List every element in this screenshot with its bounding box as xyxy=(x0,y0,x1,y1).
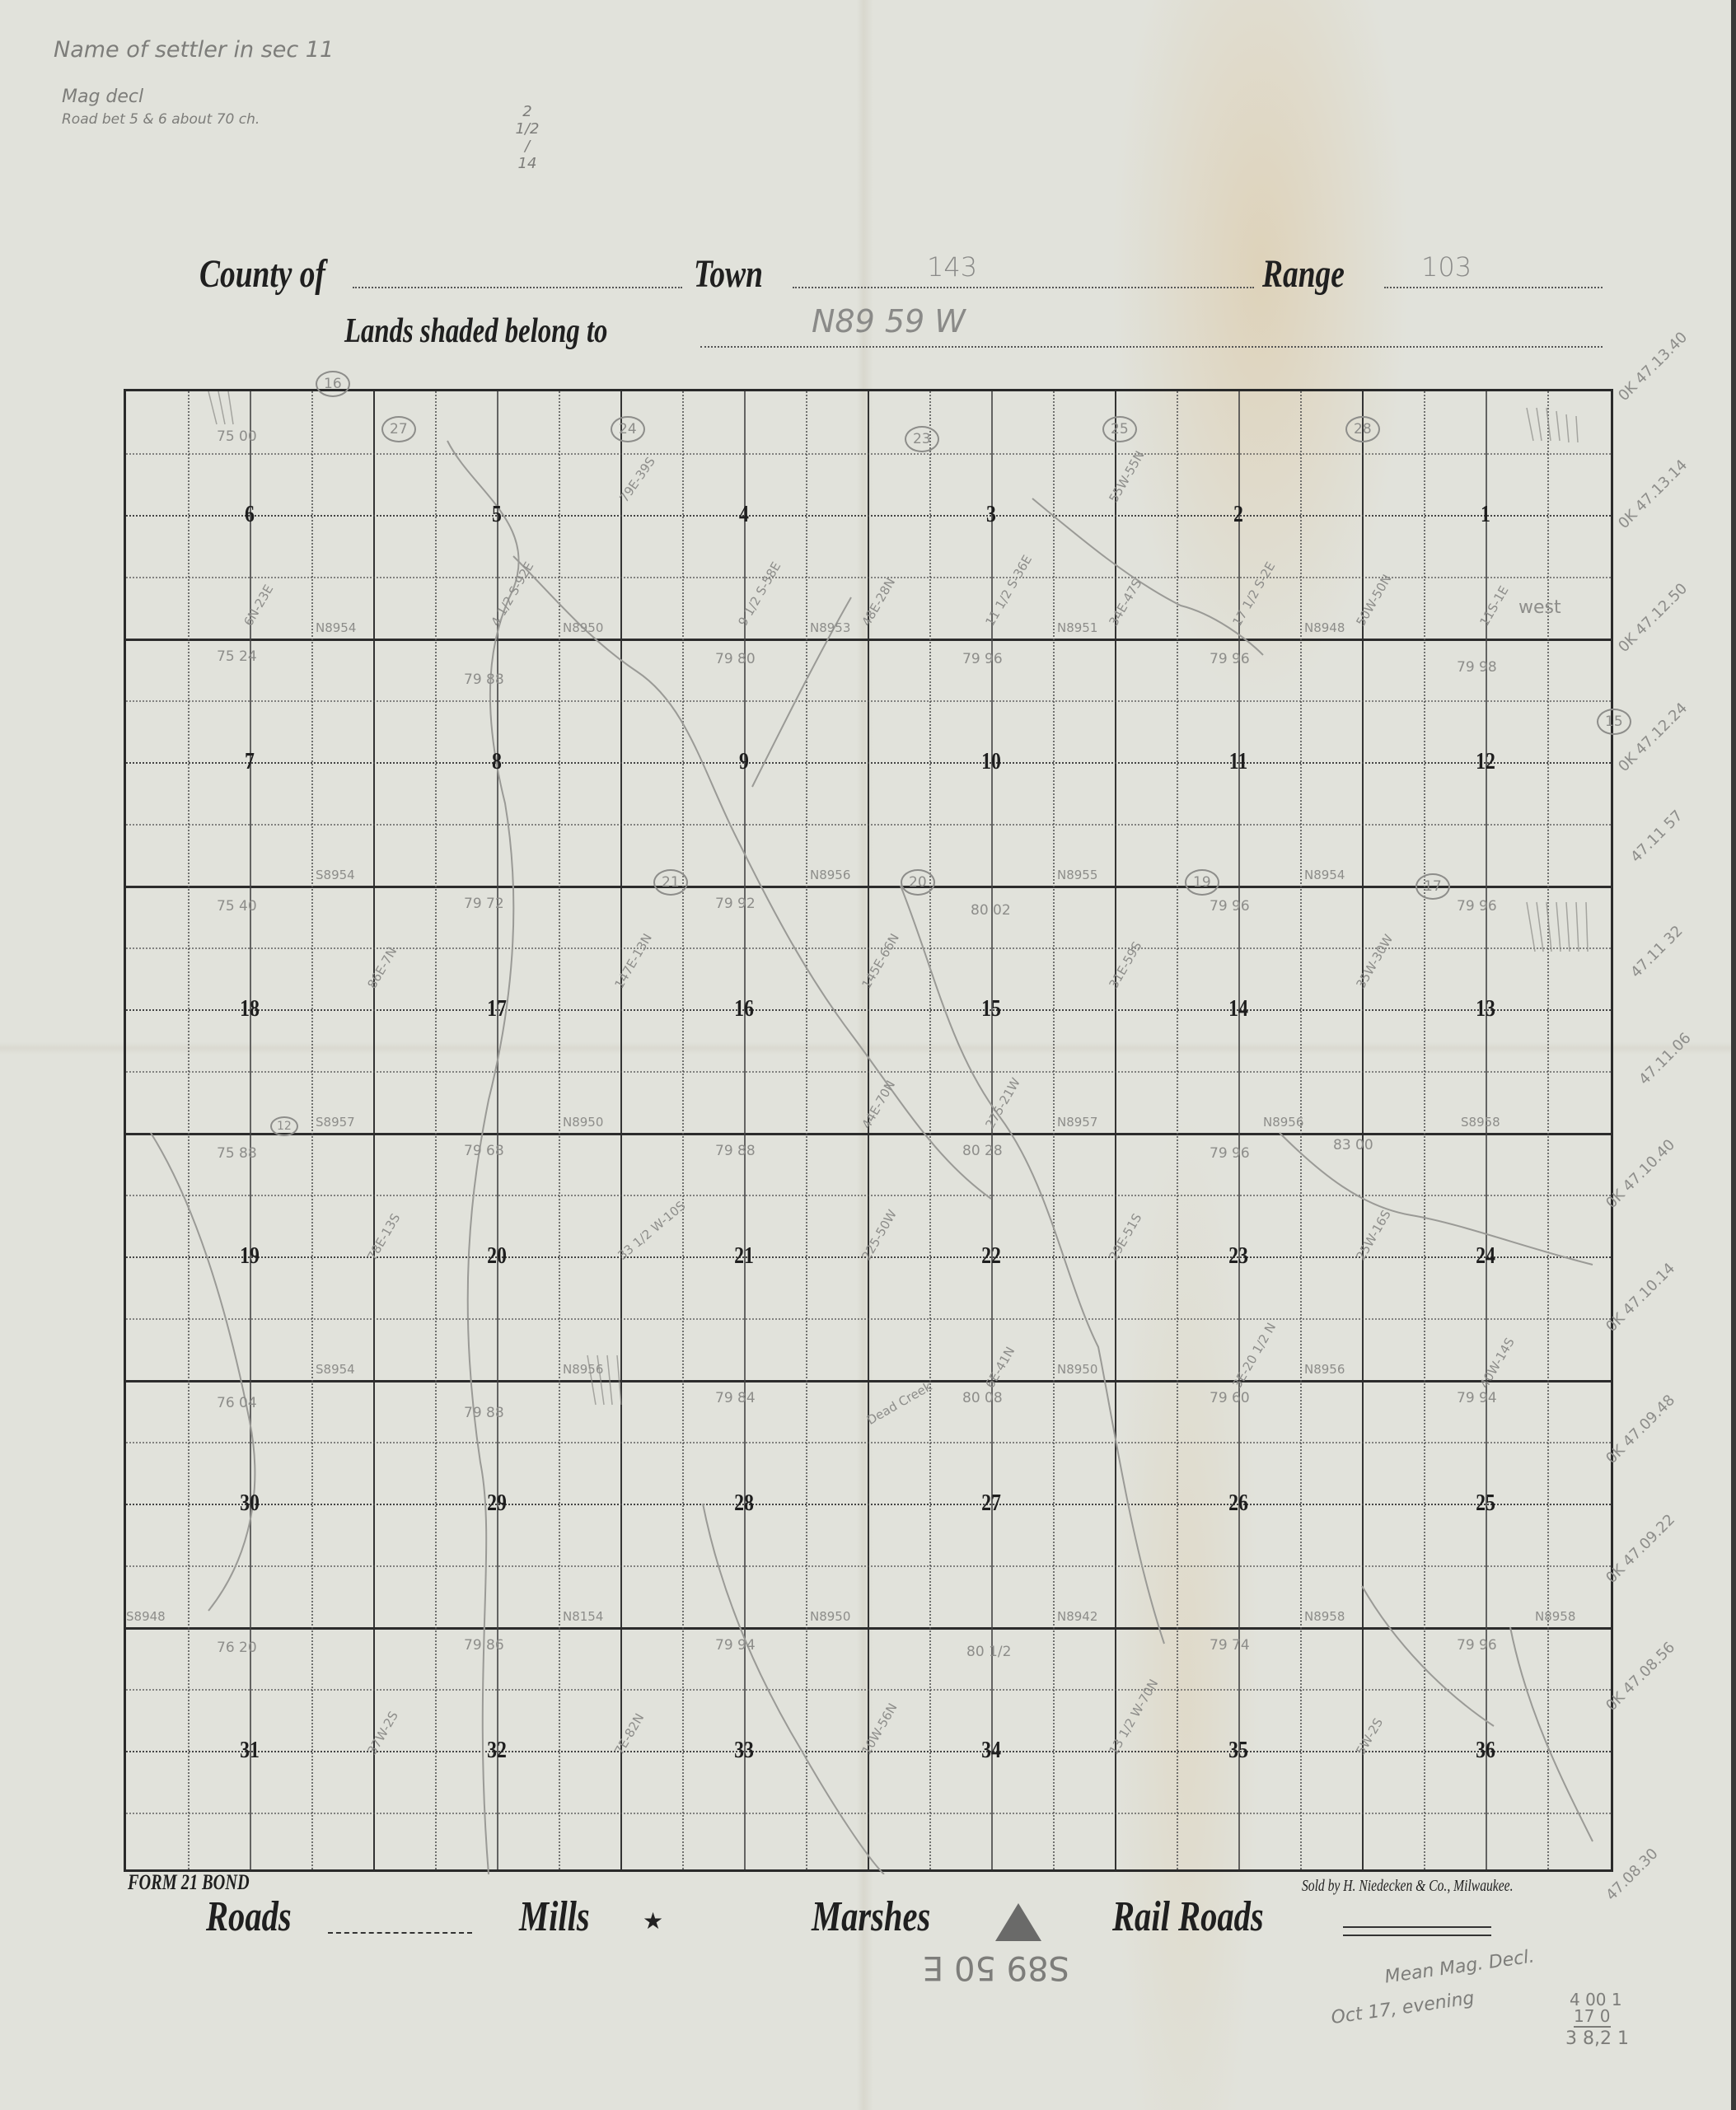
page-edge xyxy=(1731,0,1736,2110)
section-1[interactable]: 1 xyxy=(1481,502,1490,528)
distance-note: 79 94 xyxy=(1457,1390,1497,1406)
section-5[interactable]: 5 xyxy=(492,502,502,528)
legend-mills-label: Mills xyxy=(519,1892,590,1941)
note-bearing-inverted: S89 50 E xyxy=(923,1949,1069,1986)
bearing-note: N8950 xyxy=(563,1115,603,1130)
bearing-note: N8956 xyxy=(563,1362,603,1377)
section-32[interactable]: 32 xyxy=(487,1738,507,1764)
distance-note: 79 96 xyxy=(1457,898,1497,915)
bearing-note: S8957 xyxy=(316,1115,355,1130)
section-27[interactable]: 27 xyxy=(981,1490,1001,1517)
distance-note: 75 88 xyxy=(217,1145,257,1162)
circled-number: 12 xyxy=(270,1116,298,1136)
section-17[interactable]: 17 xyxy=(487,996,507,1022)
distance-note: 79 92 xyxy=(715,896,756,912)
bearing-note: N8942 xyxy=(1057,1609,1097,1624)
section-21[interactable]: 21 xyxy=(734,1243,754,1270)
section-31[interactable]: 31 xyxy=(240,1738,260,1764)
distance-note: 80 28 xyxy=(962,1143,1003,1159)
bearing-note: N8948 xyxy=(1304,620,1345,635)
circled-number: 25 xyxy=(1102,416,1137,442)
section-28[interactable]: 28 xyxy=(734,1490,754,1517)
note-calc-result: 3 8,2 1 xyxy=(1565,2028,1629,2049)
distance-note: 75 00 xyxy=(217,428,257,445)
section-19[interactable]: 19 xyxy=(240,1243,260,1270)
legend-railroads-symbol xyxy=(1343,1926,1491,1936)
section-10[interactable]: 10 xyxy=(981,749,1001,775)
lands-shaded-label: Lands shaded belong to xyxy=(344,311,607,351)
section-34[interactable]: 34 xyxy=(981,1738,1001,1764)
section-8[interactable]: 8 xyxy=(492,749,502,775)
bearing-note: N8958 xyxy=(1535,1609,1575,1624)
distance-note: 79 98 xyxy=(1457,659,1497,676)
star-icon: ★ xyxy=(643,1907,663,1935)
distance-note: 75 40 xyxy=(217,898,257,915)
lands-field[interactable] xyxy=(700,346,1603,348)
section-20[interactable]: 20 xyxy=(487,1243,507,1270)
section-35[interactable]: 35 xyxy=(1228,1738,1248,1764)
circled-number: 24 xyxy=(611,416,645,442)
circled-number: 21 xyxy=(653,869,688,896)
section-15[interactable]: 15 xyxy=(981,996,1001,1022)
circled-number: 20 xyxy=(901,869,935,896)
bearing-note: N8950 xyxy=(563,620,603,635)
distance-note: 79 60 xyxy=(1210,1390,1250,1406)
note-road: Road bet 5 & 6 about 70 ch. xyxy=(62,111,260,128)
circled-number: 19 xyxy=(1185,869,1219,896)
circled-number: 15 xyxy=(1597,709,1631,735)
distance-note: 79 96 xyxy=(962,651,1003,667)
bearing-note: N8154 xyxy=(563,1609,603,1624)
range-value: 103 xyxy=(1421,251,1472,283)
town-label: Town xyxy=(694,251,763,297)
bearing-note: S8958 xyxy=(1461,1115,1500,1130)
distance-note: 79 88 xyxy=(715,1143,756,1159)
distance-note: 79 72 xyxy=(464,896,504,912)
circled-number: 16 xyxy=(316,371,350,397)
note-calc-mid: 17 0 xyxy=(1574,2006,1611,2028)
note-fraction: 2 1/2 / 14 xyxy=(515,103,540,172)
county-field[interactable] xyxy=(353,287,682,288)
bearing-note: N8957 xyxy=(1057,1115,1097,1130)
range-field[interactable] xyxy=(1384,287,1603,288)
distance-note: 79 86 xyxy=(464,1637,504,1654)
town-field[interactable] xyxy=(793,287,1254,288)
bearing-note: N8953 xyxy=(810,620,850,635)
bearing-note: N8956 xyxy=(1263,1115,1303,1130)
section-25[interactable]: 25 xyxy=(1476,1490,1495,1517)
bearing-note: S8954 xyxy=(316,868,355,882)
distance-note: 75 24 xyxy=(217,648,257,665)
distance-note: 79 96 xyxy=(1457,1637,1497,1654)
circled-number: 23 xyxy=(905,426,939,452)
section-23[interactable]: 23 xyxy=(1228,1243,1248,1270)
section-12[interactable]: 12 xyxy=(1476,749,1495,775)
legend-railroads-label: Rail Roads xyxy=(1112,1892,1264,1941)
distance-note: 79 96 xyxy=(1210,651,1250,667)
section-26[interactable]: 26 xyxy=(1228,1490,1248,1517)
bearing-note: S8954 xyxy=(316,1362,355,1377)
section-18[interactable]: 18 xyxy=(240,996,260,1022)
marsh-icon xyxy=(995,1903,1041,1941)
bearing-note: N8956 xyxy=(1304,1362,1345,1377)
distance-note: 80 08 xyxy=(962,1390,1003,1406)
section-24[interactable]: 24 xyxy=(1476,1243,1495,1270)
bearing-note: N8951 xyxy=(1057,620,1097,635)
distance-note: 79 74 xyxy=(1210,1637,1250,1654)
section-30[interactable]: 30 xyxy=(240,1490,260,1517)
distance-note: 79 96 xyxy=(1210,898,1250,915)
section-2[interactable]: 2 xyxy=(1233,502,1243,528)
sold-by-label: Sold by H. Niedecken & Co., Milwaukee. xyxy=(1302,1877,1513,1896)
section-6[interactable]: 6 xyxy=(245,502,255,528)
section-9[interactable]: 9 xyxy=(739,749,749,775)
circled-number: 27 xyxy=(381,416,416,442)
section-4[interactable]: 4 xyxy=(739,502,749,528)
bearing-note: N8954 xyxy=(316,620,356,635)
distance-note: 80 02 xyxy=(971,902,1011,919)
distance-note: 79 88 xyxy=(464,671,504,688)
legend-marshes-label: Marshes xyxy=(812,1892,930,1941)
section-7[interactable]: 7 xyxy=(245,749,255,775)
distance-note: 76 04 xyxy=(217,1395,257,1411)
line-note-west: west xyxy=(1518,597,1561,618)
bearing-note: N8955 xyxy=(1057,868,1097,882)
distance-note: 80 1/2 xyxy=(966,1644,1011,1660)
section-36[interactable]: 36 xyxy=(1476,1738,1495,1764)
section-16[interactable]: 16 xyxy=(734,996,754,1022)
distance-note: 79 84 xyxy=(715,1390,756,1406)
form-label: FORM 21 BOND xyxy=(128,1870,250,1895)
bearing-note: N8958 xyxy=(1304,1609,1345,1624)
bearing-note: N8954 xyxy=(1304,868,1345,882)
township-grid: 6 5 4 3 2 1 7 8 9 10 11 12 18 17 16 15 1… xyxy=(124,389,1613,1872)
circled-number: 17 xyxy=(1415,873,1450,900)
circled-number: 28 xyxy=(1345,416,1380,442)
legend-roads-label: Roads xyxy=(206,1892,292,1941)
section-3[interactable]: 3 xyxy=(986,502,996,528)
note-mag-decl: Mag decl xyxy=(62,87,143,107)
bearing-note: N8950 xyxy=(810,1609,850,1624)
section-33[interactable]: 33 xyxy=(734,1738,754,1764)
section-11[interactable]: 11 xyxy=(1229,749,1247,775)
lands-value: N89 59 W xyxy=(812,303,966,339)
range-label: Range xyxy=(1262,251,1345,297)
county-label: County of xyxy=(199,251,325,297)
bearing-note: N8950 xyxy=(1057,1362,1097,1377)
distance-note: 79 68 xyxy=(464,1143,504,1159)
section-14[interactable]: 14 xyxy=(1228,996,1248,1022)
distance-note: 79 80 xyxy=(715,651,756,667)
distance-note: 83 00 xyxy=(1333,1137,1373,1153)
distance-note: 76 20 xyxy=(217,1640,257,1656)
distance-note: 79 88 xyxy=(464,1405,504,1421)
distance-note: 79 96 xyxy=(1210,1145,1250,1162)
bearing-note: N8956 xyxy=(810,868,850,882)
section-29[interactable]: 29 xyxy=(487,1490,507,1517)
section-22[interactable]: 22 xyxy=(981,1243,1001,1270)
section-13[interactable]: 13 xyxy=(1476,996,1495,1022)
bearing-note: S8948 xyxy=(126,1609,166,1624)
distance-note: 79 94 xyxy=(715,1637,756,1654)
town-value: 143 xyxy=(927,251,977,283)
legend-roads-symbol xyxy=(328,1932,472,1934)
note-settler: Name of settler in sec 11 xyxy=(54,37,334,63)
